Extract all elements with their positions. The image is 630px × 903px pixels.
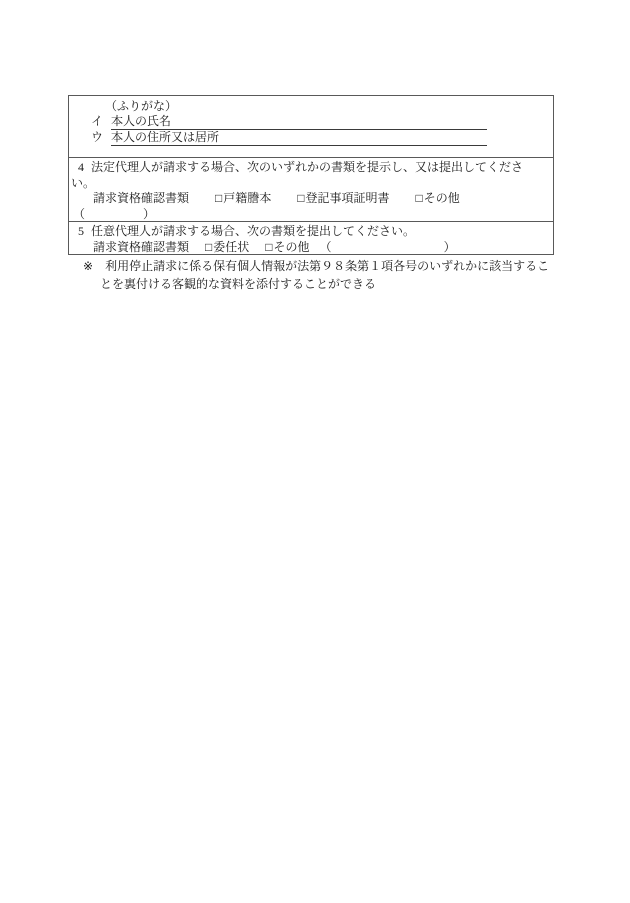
paren-open: （ — [320, 240, 332, 254]
checkbox-option-koseki-tohon: □戸籍謄本 — [215, 191, 271, 205]
note-line2: とを裏付ける客観的な資料を添付することができる — [68, 275, 588, 293]
checkbox-label: 委任状 — [213, 240, 249, 254]
personal-info-and-documents-table: （ふりがな） イ本人の氏名 ウ本人の住所又は居所 4法定代理人が請求する場合、次… — [68, 95, 554, 255]
name-fill-in-line: 本人の氏名 — [111, 114, 487, 130]
checkbox-icon: □ — [205, 240, 212, 254]
paren-close: ） — [444, 240, 456, 254]
checkbox-icon: □ — [416, 191, 423, 205]
checkbox-option-sonota: □その他 — [265, 240, 309, 254]
section4-instruction-line1: 4法定代理人が請求する場合、次のいずれかの書類を提示し、又は提出してくださ — [69, 160, 553, 176]
section5-instruction-line: 5任意代理人が請求する場合、次の書類を提出してください。 — [69, 224, 553, 240]
checkbox-label: その他 — [274, 240, 310, 254]
section5-other-fill-in: （） — [320, 240, 456, 254]
checkbox-label: その他 — [424, 191, 460, 205]
name-row: イ本人の氏名 — [69, 114, 553, 130]
section4-instruction-line2: い。 — [69, 176, 553, 192]
furigana-label: （ふりがな） — [69, 99, 553, 114]
personal-info-row: （ふりがな） イ本人の氏名 ウ本人の住所又は居所 — [69, 96, 553, 157]
section5-number: 5 — [78, 224, 84, 238]
paren-open: （ — [73, 207, 85, 221]
section4-docs-label: 請求資格確認書類 — [93, 191, 189, 205]
section-5-voluntary-representative: 5任意代理人が請求する場合、次の書類を提出してください。 請求資格確認書類□委任… — [69, 221, 553, 254]
address-row: ウ本人の住所又は居所 — [69, 130, 553, 146]
attachment-note: ※利用停止請求に係る保有個人情報が法第９８条第１項各号のいずれかに該当するこ と… — [68, 257, 588, 293]
checkbox-label: 戸籍謄本 — [223, 191, 271, 205]
reference-mark-icon: ※ — [83, 259, 93, 273]
paren-close: ） — [143, 207, 155, 221]
checkbox-icon: □ — [297, 191, 304, 205]
section5-docs-label: 請求資格確認書類 — [93, 240, 189, 254]
address-row-index: ウ — [91, 130, 103, 145]
name-row-index: イ — [91, 114, 103, 129]
document-page: （ふりがな） イ本人の氏名 ウ本人の住所又は居所 4法定代理人が請求する場合、次… — [0, 0, 630, 903]
section-4-legal-representative: 4法定代理人が請求する場合、次のいずれかの書類を提示し、又は提出してくださ い。… — [69, 157, 553, 221]
section4-documents-line: 請求資格確認書類□戸籍謄本□登記事項証明書□その他 — [69, 191, 553, 207]
checkbox-icon: □ — [265, 240, 272, 254]
checkbox-option-ininjo: □委任状 — [205, 240, 249, 254]
checkbox-label: 登記事項証明書 — [306, 191, 390, 205]
checkbox-icon: □ — [215, 191, 222, 205]
checkbox-option-toki-jiko-shomeisho: □登記事項証明書 — [297, 191, 389, 205]
section4-other-fill-in: （） — [69, 207, 553, 223]
name-label: 本人の氏名 — [111, 114, 171, 128]
section5-documents-line: 請求資格確認書類□委任状□その他（） — [69, 240, 553, 256]
section4-number: 4 — [78, 160, 84, 174]
address-label: 本人の住所又は居所 — [111, 130, 219, 144]
note-line1: ※利用停止請求に係る保有個人情報が法第９８条第１項各号のいずれかに該当するこ — [68, 257, 588, 275]
section4-instruction-text: 法定代理人が請求する場合、次のいずれかの書類を提示し、又は提出してくださ — [91, 160, 523, 174]
note-line1-text: 利用停止請求に係る保有個人情報が法第９８条第１項各号のいずれかに該当するこ — [105, 259, 549, 273]
section5-instruction-text: 任意代理人が請求する場合、次の書類を提出してください。 — [91, 224, 415, 238]
address-fill-in-line: 本人の住所又は居所 — [111, 130, 487, 146]
checkbox-option-sonota: □その他 — [416, 191, 460, 205]
